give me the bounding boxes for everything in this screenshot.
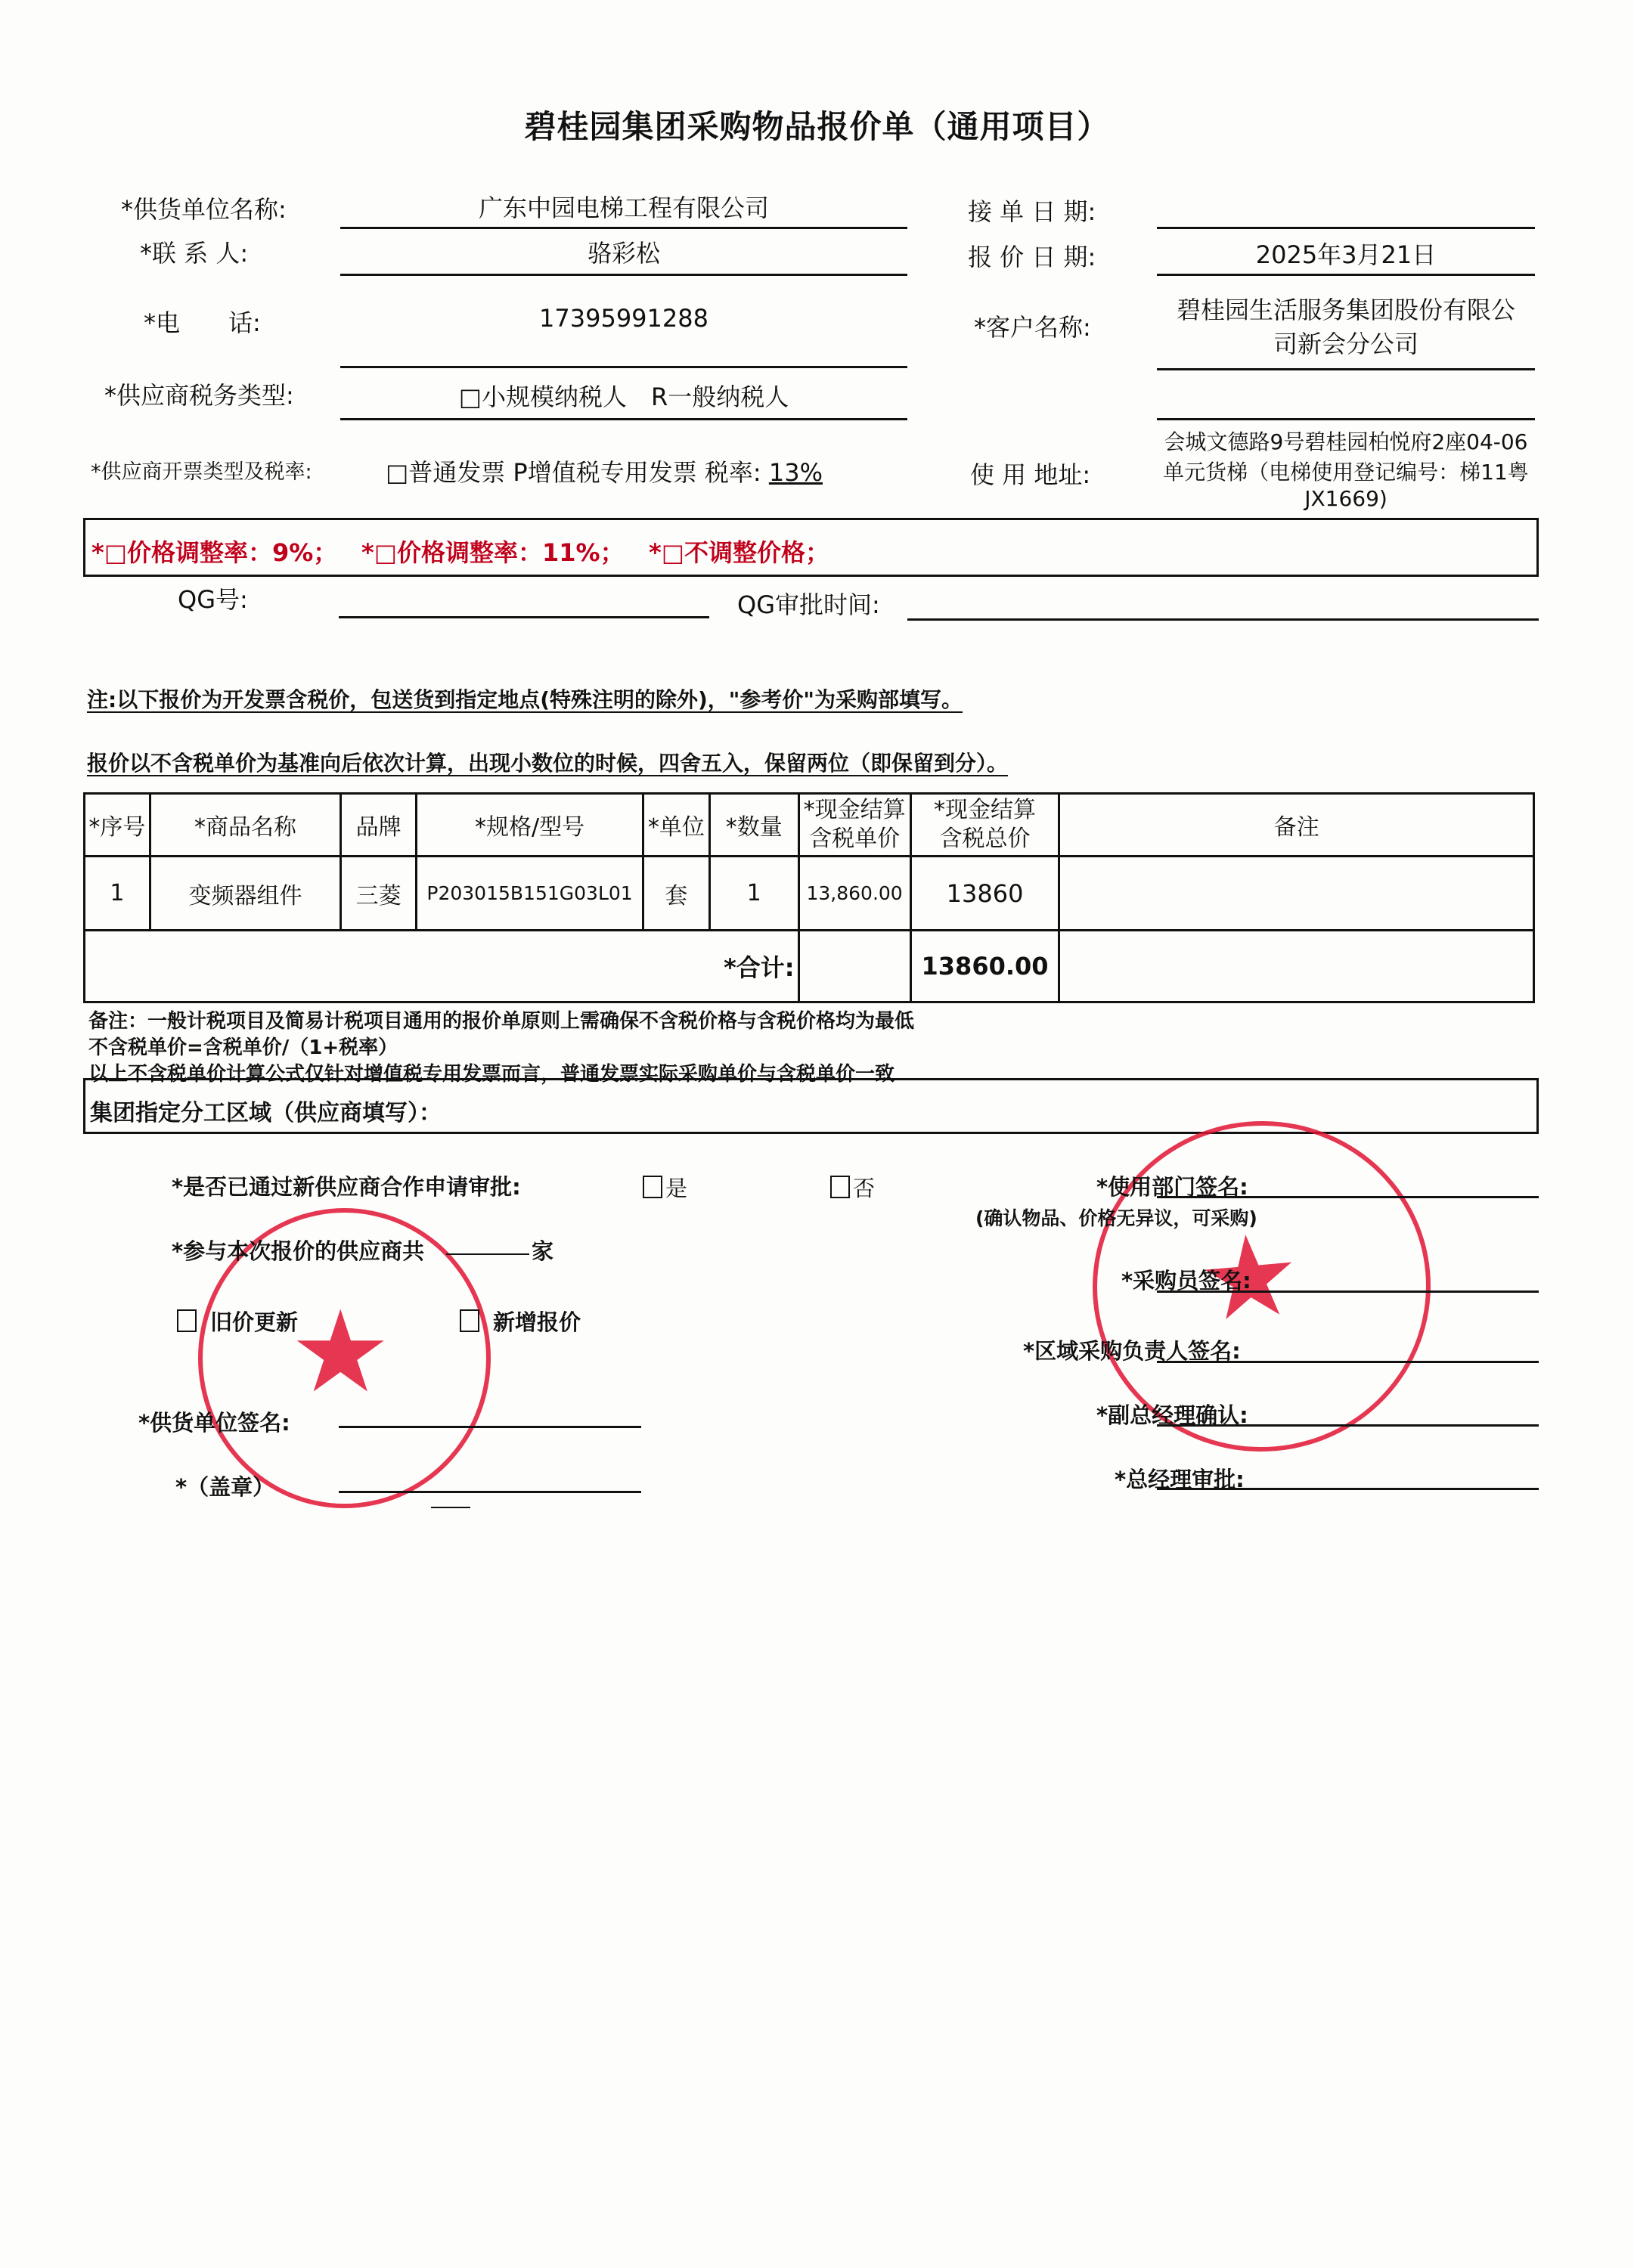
new-price-option[interactable]: 新增报价 — [460, 1306, 581, 1337]
qg-approval-time-label: QG审批时间: — [737, 586, 880, 621]
total-remark-empty — [1059, 931, 1534, 1002]
phone-underline — [340, 366, 907, 368]
quote-date-label: 报 价 日 期: — [968, 238, 1096, 273]
seal-field[interactable] — [339, 1491, 641, 1493]
cell-brand[interactable]: 三菱 — [341, 857, 417, 931]
cell-model[interactable]: P203015B151G03L01 — [417, 857, 643, 931]
quote-date-value[interactable]: 2025年3月21日 — [1157, 236, 1535, 271]
usage-address-line2[interactable]: 单元货梯（电梯使用登记编号：梯11粤 — [1157, 456, 1535, 486]
remark-line-2: 不含税单价=含税单价/（1+税率） — [88, 1032, 398, 1060]
stamp-star-icon: ★ — [290, 1296, 391, 1409]
cell-remark[interactable] — [1059, 857, 1534, 931]
old-price-update-option[interactable]: 旧价更新 — [177, 1306, 298, 1337]
new-price-label: 新增报价 — [493, 1309, 581, 1335]
new-supplier-approval-label: *是否已通过新供应商合作申请审批: — [172, 1170, 521, 1201]
price-adjust-box: *□价格调整率：9%； *□价格调整率：11%； *□不调整价格； — [83, 518, 1539, 577]
supplier-name-underline — [340, 227, 907, 229]
supplier-sign-field[interactable] — [339, 1426, 641, 1428]
usage-address-label: 使 用 地址: — [970, 456, 1090, 491]
quote-date-underline — [1157, 274, 1535, 276]
division-area-label: 集团指定分工区域（供应商填写）： — [90, 1094, 442, 1127]
checkbox-icon — [177, 1309, 197, 1332]
customer-name-line1[interactable]: 碧桂园生活服务集团股份有限公 — [1157, 291, 1535, 326]
vgm-confirm-field[interactable] — [1157, 1424, 1539, 1427]
header-unit-price-l2: 含税单价 — [800, 825, 910, 854]
total-unit-price-empty — [798, 931, 910, 1002]
customer-name-line2[interactable]: 司新会分公司 — [1157, 325, 1535, 360]
gm-approval-field[interactable] — [1157, 1488, 1539, 1490]
table-row: 1 变频器组件 三菱 P203015B151G03L01 套 1 13,860.… — [85, 857, 1534, 931]
dept-sign-field[interactable] — [1157, 1196, 1539, 1198]
total-value: 13860.00 — [910, 931, 1059, 1002]
tax-type-value[interactable]: □小规模纳税人 R一般纳税人 — [340, 378, 907, 413]
tax-rate-value: 13% — [769, 458, 823, 487]
cell-seq[interactable]: 1 — [85, 857, 150, 931]
supplier-sign-label: *供货单位签名: — [138, 1406, 290, 1437]
header-product-name: *商品名称 — [150, 794, 340, 857]
header-seq: *序号 — [85, 794, 150, 857]
buyer-sign-field[interactable] — [1157, 1290, 1539, 1293]
invoice-type-options: □普通发票 P增值税专用发票 税率: — [386, 458, 769, 487]
approval-no-option[interactable]: 否 — [830, 1172, 875, 1203]
header-unit-price-l1: *现金结算 — [800, 796, 910, 825]
header-model: *规格/型号 — [417, 794, 643, 857]
table-total-row: *合计: 13860.00 — [85, 931, 1534, 1002]
no-price-adjust-option[interactable]: *□不调整价格； — [649, 534, 829, 569]
supplier-name-value[interactable]: 广东中园电梯工程有限公司 — [340, 189, 907, 224]
receive-date-underline — [1157, 227, 1535, 229]
cell-unit[interactable]: 套 — [643, 857, 710, 931]
header-quantity: *数量 — [709, 794, 798, 857]
price-adjust-11-option[interactable]: *□价格调整率：11%； — [361, 534, 625, 569]
remark-line-1: 备注：一般计税项目及简易计税项目通用的报价单原则上需确保不含税价格与含税价格均为… — [88, 1005, 914, 1033]
header-unit-price: *现金结算含税单价 — [798, 794, 910, 857]
contact-label: *联 系 人: — [140, 234, 248, 269]
approval-yes-option[interactable]: 是 — [643, 1172, 687, 1203]
header-total-price-l2: 含税总价 — [912, 825, 1059, 854]
customer-name-underline — [1157, 368, 1535, 370]
invoice-type-label: *供应商开票类型及税率: — [91, 455, 312, 485]
supplier-count-field[interactable] — [446, 1253, 529, 1255]
blank-underline — [1157, 418, 1535, 420]
customer-name-label: *客户名称: — [974, 308, 1091, 343]
cell-quantity[interactable]: 1 — [709, 857, 798, 931]
phone-label: *电 话: — [144, 304, 261, 339]
tax-type-underline — [340, 418, 907, 420]
note-line-2: 报价以不含税单价为基准向后依次计算，出现小数位的时候，四舍五入，保留两位（即保留… — [87, 747, 1008, 777]
header-brand: 品牌 — [341, 794, 417, 857]
header-remark: 备注 — [1059, 794, 1534, 857]
checkbox-icon — [460, 1309, 479, 1332]
tax-type-label: *供应商税务类型: — [104, 376, 294, 411]
receive-date-label: 接 单 日 期: — [968, 193, 1096, 228]
cell-product-name[interactable]: 变频器组件 — [150, 857, 340, 931]
seal-mark — [431, 1507, 470, 1508]
seal-label: *（盖章） — [175, 1470, 274, 1501]
contact-underline — [340, 274, 907, 276]
qg-number-label: QG号: — [178, 581, 248, 615]
header-total-price-l1: *现金结算 — [912, 796, 1059, 825]
header-total-price: *现金结算含税总价 — [910, 794, 1059, 857]
contact-value[interactable]: 骆彩松 — [340, 234, 907, 269]
checkbox-icon — [830, 1176, 850, 1198]
cell-unit-price[interactable]: 13,860.00 — [798, 857, 910, 931]
old-price-update-label: 旧价更新 — [210, 1309, 298, 1335]
regional-sign-field[interactable] — [1157, 1361, 1539, 1363]
supplier-count-unit: 家 — [532, 1235, 553, 1266]
usage-address-line3[interactable]: JX1669) — [1157, 486, 1535, 511]
phone-value[interactable]: 17395991288 — [340, 304, 907, 333]
qg-number-field[interactable] — [339, 616, 709, 618]
header-unit: *单位 — [643, 794, 710, 857]
dept-sign-note: (确认物品、价格无异议，可采购) — [975, 1204, 1257, 1231]
supplier-count-label: *参与本次报价的供应商共 — [172, 1235, 424, 1266]
total-label: *合计: — [85, 931, 799, 1002]
supplier-name-label: *供货单位名称: — [121, 191, 287, 225]
qg-approval-time-field[interactable] — [907, 618, 1539, 621]
table-header-row: *序号 *商品名称 品牌 *规格/型号 *单位 *数量 *现金结算含税单价 *现… — [85, 794, 1534, 857]
division-area-box[interactable]: 集团指定分工区域（供应商填写）： — [83, 1078, 1539, 1134]
checkbox-icon — [643, 1176, 662, 1198]
form-title: 碧桂园集团采购物品报价单（通用项目） — [0, 102, 1634, 147]
approval-yes-label: 是 — [665, 1176, 687, 1201]
quote-table: *序号 *商品名称 品牌 *规格/型号 *单位 *数量 *现金结算含税单价 *现… — [83, 792, 1535, 1003]
cell-total-price[interactable]: 13860 — [910, 857, 1059, 931]
approval-no-label: 否 — [853, 1176, 875, 1201]
usage-address-line1[interactable]: 会城文德路9号碧桂园柏悦府2座04-06 — [1157, 426, 1535, 456]
price-adjust-9-option[interactable]: *□价格调整率：9%； — [91, 534, 337, 569]
note-line-1: 注:以下报价为开发票含税价，包送货到指定地点(特殊注明的除外)，"参考价"为采购… — [87, 683, 963, 714]
invoice-type-value[interactable]: □普通发票 P增值税专用发票 税率: 13% — [386, 454, 823, 488]
